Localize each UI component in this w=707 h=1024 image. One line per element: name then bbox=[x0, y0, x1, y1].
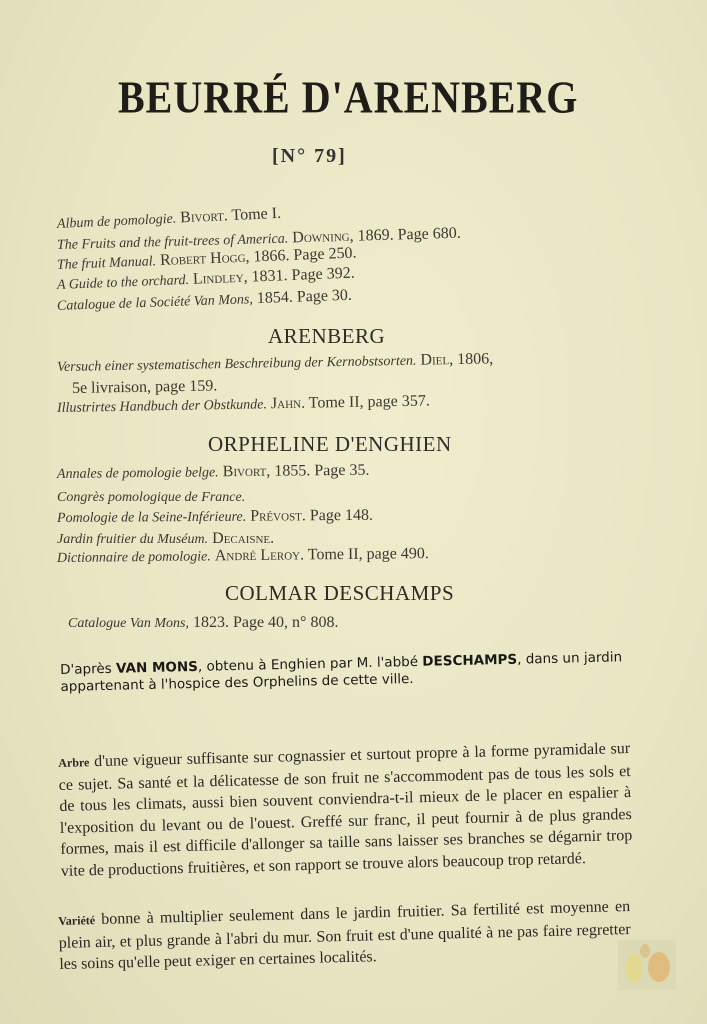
reference-author: Diel, bbox=[420, 351, 453, 369]
reference-line: Versuch einer systematischen Beschreibun… bbox=[57, 350, 493, 376]
reference-line: Pomologie de la Seine-Inférieure. Prévos… bbox=[57, 507, 373, 527]
reference-author: Bivort. bbox=[180, 207, 228, 226]
reference-detail: Tome II, page 357. bbox=[309, 392, 430, 411]
paragraph-text: d'une vigueur suffisante sur cognassier … bbox=[59, 740, 633, 879]
reference-work: Jardin fruitier du Muséum. bbox=[57, 532, 208, 547]
reference-line: Annales de pomologie belge. Bivort, 1855… bbox=[57, 462, 370, 483]
reference-author: Lindley, bbox=[193, 269, 248, 288]
reference-line: Congrès pomologique de France. bbox=[57, 488, 245, 506]
reference-work: Album de pomologie. bbox=[57, 212, 177, 232]
page-title: BEURRÉ D'ARENBERG bbox=[118, 70, 518, 124]
origin-text: D'après bbox=[60, 661, 116, 678]
reference-detail: 1855. Page 35. bbox=[274, 462, 369, 480]
reference-line: Catalogue Van Mons, 1823. Page 40, n° 80… bbox=[68, 614, 338, 632]
reference-detail: 1866. Page 250. bbox=[253, 244, 357, 265]
description-paragraph-tree: Arbre d'une vigueur suffisante sur cogna… bbox=[58, 738, 633, 882]
origin-name: DESCHAMPS bbox=[422, 652, 517, 670]
paragraph-lead: Variété bbox=[58, 913, 95, 928]
reference-detail: 1869. Page 680. bbox=[357, 225, 461, 245]
reference-author: Robert Hogg, bbox=[160, 249, 250, 269]
paragraph-lead: Arbre bbox=[58, 755, 89, 770]
reference-line: Album de pomologie. Bivort. Tome I. bbox=[57, 205, 282, 233]
pear-illustration-showthrough bbox=[618, 940, 676, 990]
reference-author: Decaisne. bbox=[212, 530, 274, 547]
reference-author: Bivort, bbox=[223, 463, 271, 480]
reference-detail: Page 148. bbox=[310, 507, 373, 524]
synonym-heading: COLMAR DESCHAMPS bbox=[225, 581, 454, 606]
reference-work: Catalogue Van Mons, bbox=[68, 616, 189, 631]
reference-line: Jardin fruitier du Muséum. Decaisne. bbox=[57, 530, 274, 548]
synonym-heading: ARENBERG bbox=[268, 324, 385, 349]
reference-work: Pomologie de la Seine-Inférieure. bbox=[57, 510, 246, 526]
reference-work: Dictionnaire de pomologie. bbox=[57, 549, 211, 566]
origin-paragraph: D'après VAN MONS, obtenu à Enghien par M… bbox=[60, 649, 633, 696]
reference-work: The fruit Manual. bbox=[57, 254, 157, 273]
reference-author: André Leroy. bbox=[215, 546, 304, 564]
entry-number: [N° 79] bbox=[272, 145, 347, 168]
origin-name: VAN MONS bbox=[116, 659, 198, 677]
reference-author: Downing, bbox=[292, 228, 354, 247]
reference-work: A Guide to the orchard. bbox=[57, 273, 190, 293]
document-page: BEURRÉ D'ARENBERG [N° 79] Album de pomol… bbox=[0, 0, 707, 1024]
reference-work: Catalogue de la Société Van Mons, bbox=[57, 292, 253, 314]
reference-detail: 1823. Page 40, n° 808. bbox=[193, 614, 339, 631]
reference-line: 5e livraison, page 159. bbox=[72, 377, 218, 398]
reference-work: Annales de pomologie belge. bbox=[57, 465, 219, 482]
reference-line: Dictionnaire de pomologie. André Leroy. … bbox=[57, 545, 429, 567]
reference-author: Jahn. bbox=[271, 395, 305, 413]
reference-detail: 1806, bbox=[457, 350, 493, 368]
reference-author: Prévost. bbox=[250, 507, 306, 524]
description-paragraph-variety: Variété bonne à multiplier seulement dan… bbox=[58, 896, 631, 975]
reference-detail: 1854. Page 30. bbox=[257, 287, 353, 307]
reference-detail: Tome II, page 490. bbox=[308, 545, 429, 563]
reference-work: Congrès pomologique de France. bbox=[57, 490, 245, 505]
reference-work: Illustrirtes Handbuch der Obstkunde. bbox=[57, 397, 267, 416]
paragraph-text: bonne à multiplier seulement dans le jar… bbox=[59, 898, 631, 973]
reference-detail: 1831. Page 392. bbox=[251, 265, 355, 286]
reference-work: Versuch einer systematischen Beschreibun… bbox=[57, 354, 417, 375]
reference-detail: Tome I. bbox=[231, 205, 281, 224]
synonym-heading: ORPHELINE D'ENGHIEN bbox=[208, 432, 452, 457]
reference-detail: 5e livraison, page 159. bbox=[72, 377, 218, 397]
